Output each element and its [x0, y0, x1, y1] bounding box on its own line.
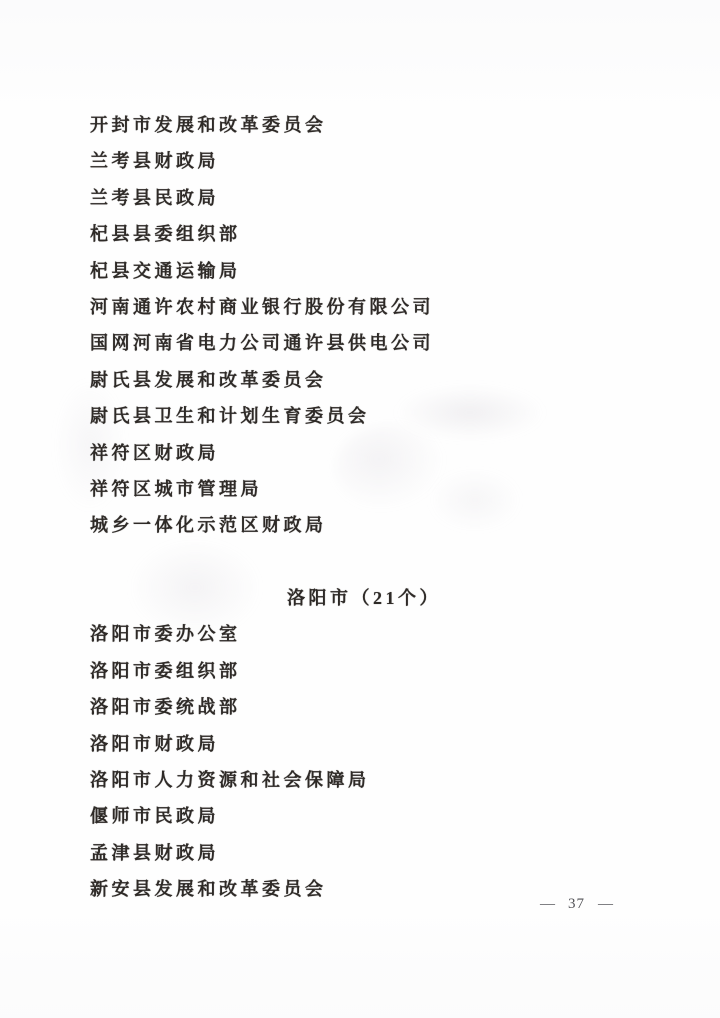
blank-line	[90, 544, 680, 580]
list-item: 洛阳市人力资源和社会保障局	[90, 762, 680, 798]
organization-list: 开封市发展和改革委员会 兰考县财政局 兰考县民政局 杞县县委组织部 杞县交通运输…	[90, 107, 680, 908]
footer-dash-right: —	[598, 897, 613, 911]
list-item: 尉氏县卫生和计划生育委员会	[90, 398, 680, 434]
list-item: 洛阳市委组织部	[90, 653, 680, 689]
list-item: 兰考县财政局	[90, 143, 680, 179]
list-item: 兰考县民政局	[90, 180, 680, 216]
scanned-document-page: 开封市发展和改革委员会 兰考县财政局 兰考县民政局 杞县县委组织部 杞县交通运输…	[0, 0, 720, 1018]
list-item: 国网河南省电力公司通许县供电公司	[90, 325, 680, 361]
section-heading-luoyang: 洛阳市（21个）	[69, 580, 659, 616]
list-item: 偃师市民政局	[90, 798, 680, 834]
list-item: 开封市发展和改革委员会	[90, 107, 680, 143]
list-item: 孟津县财政局	[90, 835, 680, 871]
list-item: 杞县交通运输局	[90, 253, 680, 289]
list-item: 杞县县委组织部	[90, 216, 680, 252]
footer-dash-left: —	[540, 897, 555, 911]
list-item: 祥符区城市管理局	[90, 471, 680, 507]
list-item: 洛阳市委统战部	[90, 689, 680, 725]
list-item: 洛阳市委办公室	[90, 616, 680, 652]
page-footer: — 37 —	[540, 896, 613, 913]
list-item: 城乡一体化示范区财政局	[90, 507, 680, 543]
list-item: 祥符区财政局	[90, 435, 680, 471]
page-number: 37	[568, 896, 585, 913]
list-item: 尉氏县发展和改革委员会	[90, 362, 680, 398]
list-item: 洛阳市财政局	[90, 726, 680, 762]
list-item: 河南通许农村商业银行股份有限公司	[90, 289, 680, 325]
